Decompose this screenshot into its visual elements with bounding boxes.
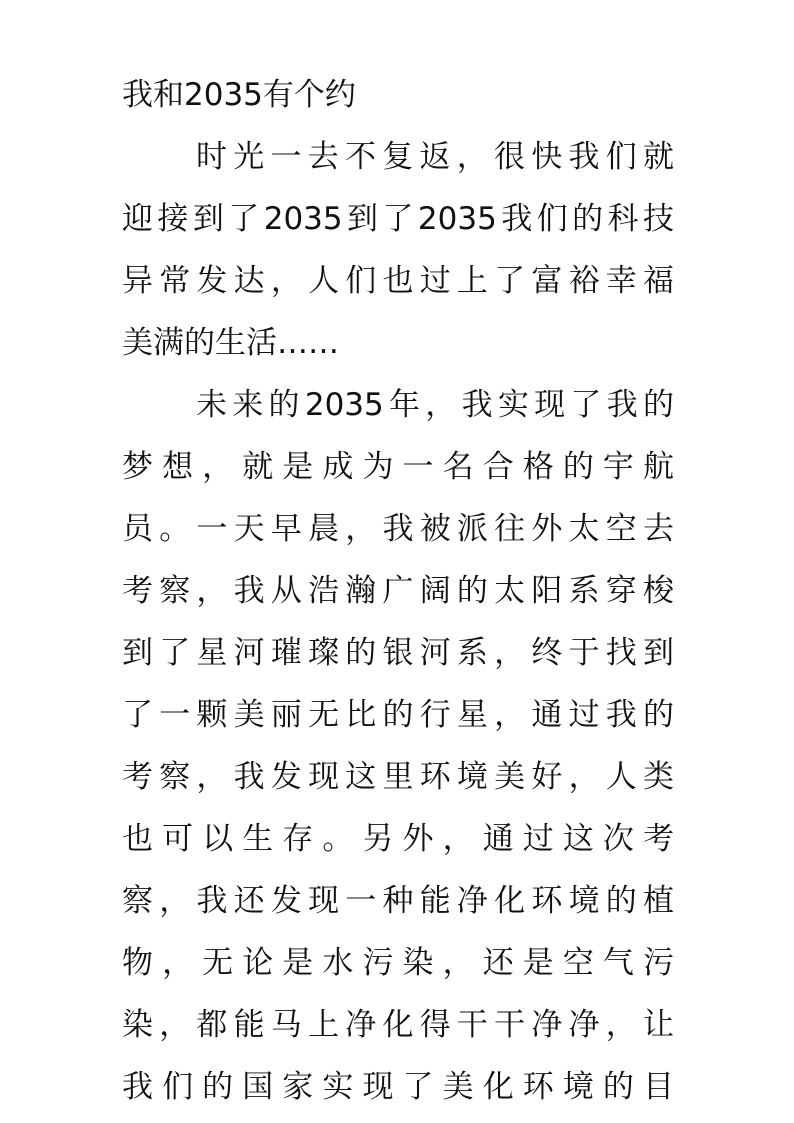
paragraph-1-line-1: 时光一去不复返，很快我们就 (196, 137, 674, 177)
document-page: 我和2035有个约 时光一去不复返，很快我们就 迎接到了2035到了2035我们… (0, 0, 794, 1123)
paragraph-2-line-5: 到了星河璀璨的银河系，终于找到 (122, 633, 674, 673)
paragraph-1-line-2: 迎接到了2035到了2035我们的科技 (122, 199, 674, 239)
paragraph-2-line-4: 考察，我从浩瀚广阔的太阳系穿梭 (122, 571, 674, 611)
paragraph-2-line-11: 染，都能马上净化得干干净净，让 (122, 1005, 674, 1045)
paragraph-2-line-3: 员。一天早晨，我被派往外太空去 (122, 509, 674, 549)
paragraph-2-line-8: 也可以生存。另外，通过这次考 (122, 819, 674, 859)
paragraph-2-line-6: 了一颗美丽无比的行星，通过我的 (122, 695, 674, 735)
paragraph-2-line-7: 考察，我发现这里环境美好，人类 (122, 757, 674, 797)
paragraph-2-line-2: 梦想，就是成为一名合格的宇航 (122, 447, 674, 487)
paragraph-2-line-1: 未来的2035年，我实现了我的 (196, 385, 674, 425)
paragraph-2-line-9: 察，我还发现一种能净化环境的植 (122, 881, 674, 921)
paragraph-1-line-4: 美满的生活…… (122, 323, 339, 363)
paragraph-2-line-10: 物，无论是水污染，还是空气污 (122, 943, 674, 983)
paragraph-2-line-12: 我们的国家实现了美化环境的目 (122, 1067, 674, 1107)
document-title: 我和2035有个约 (122, 75, 356, 115)
paragraph-1-line-3: 异常发达，人们也过上了富裕幸福 (122, 261, 674, 301)
